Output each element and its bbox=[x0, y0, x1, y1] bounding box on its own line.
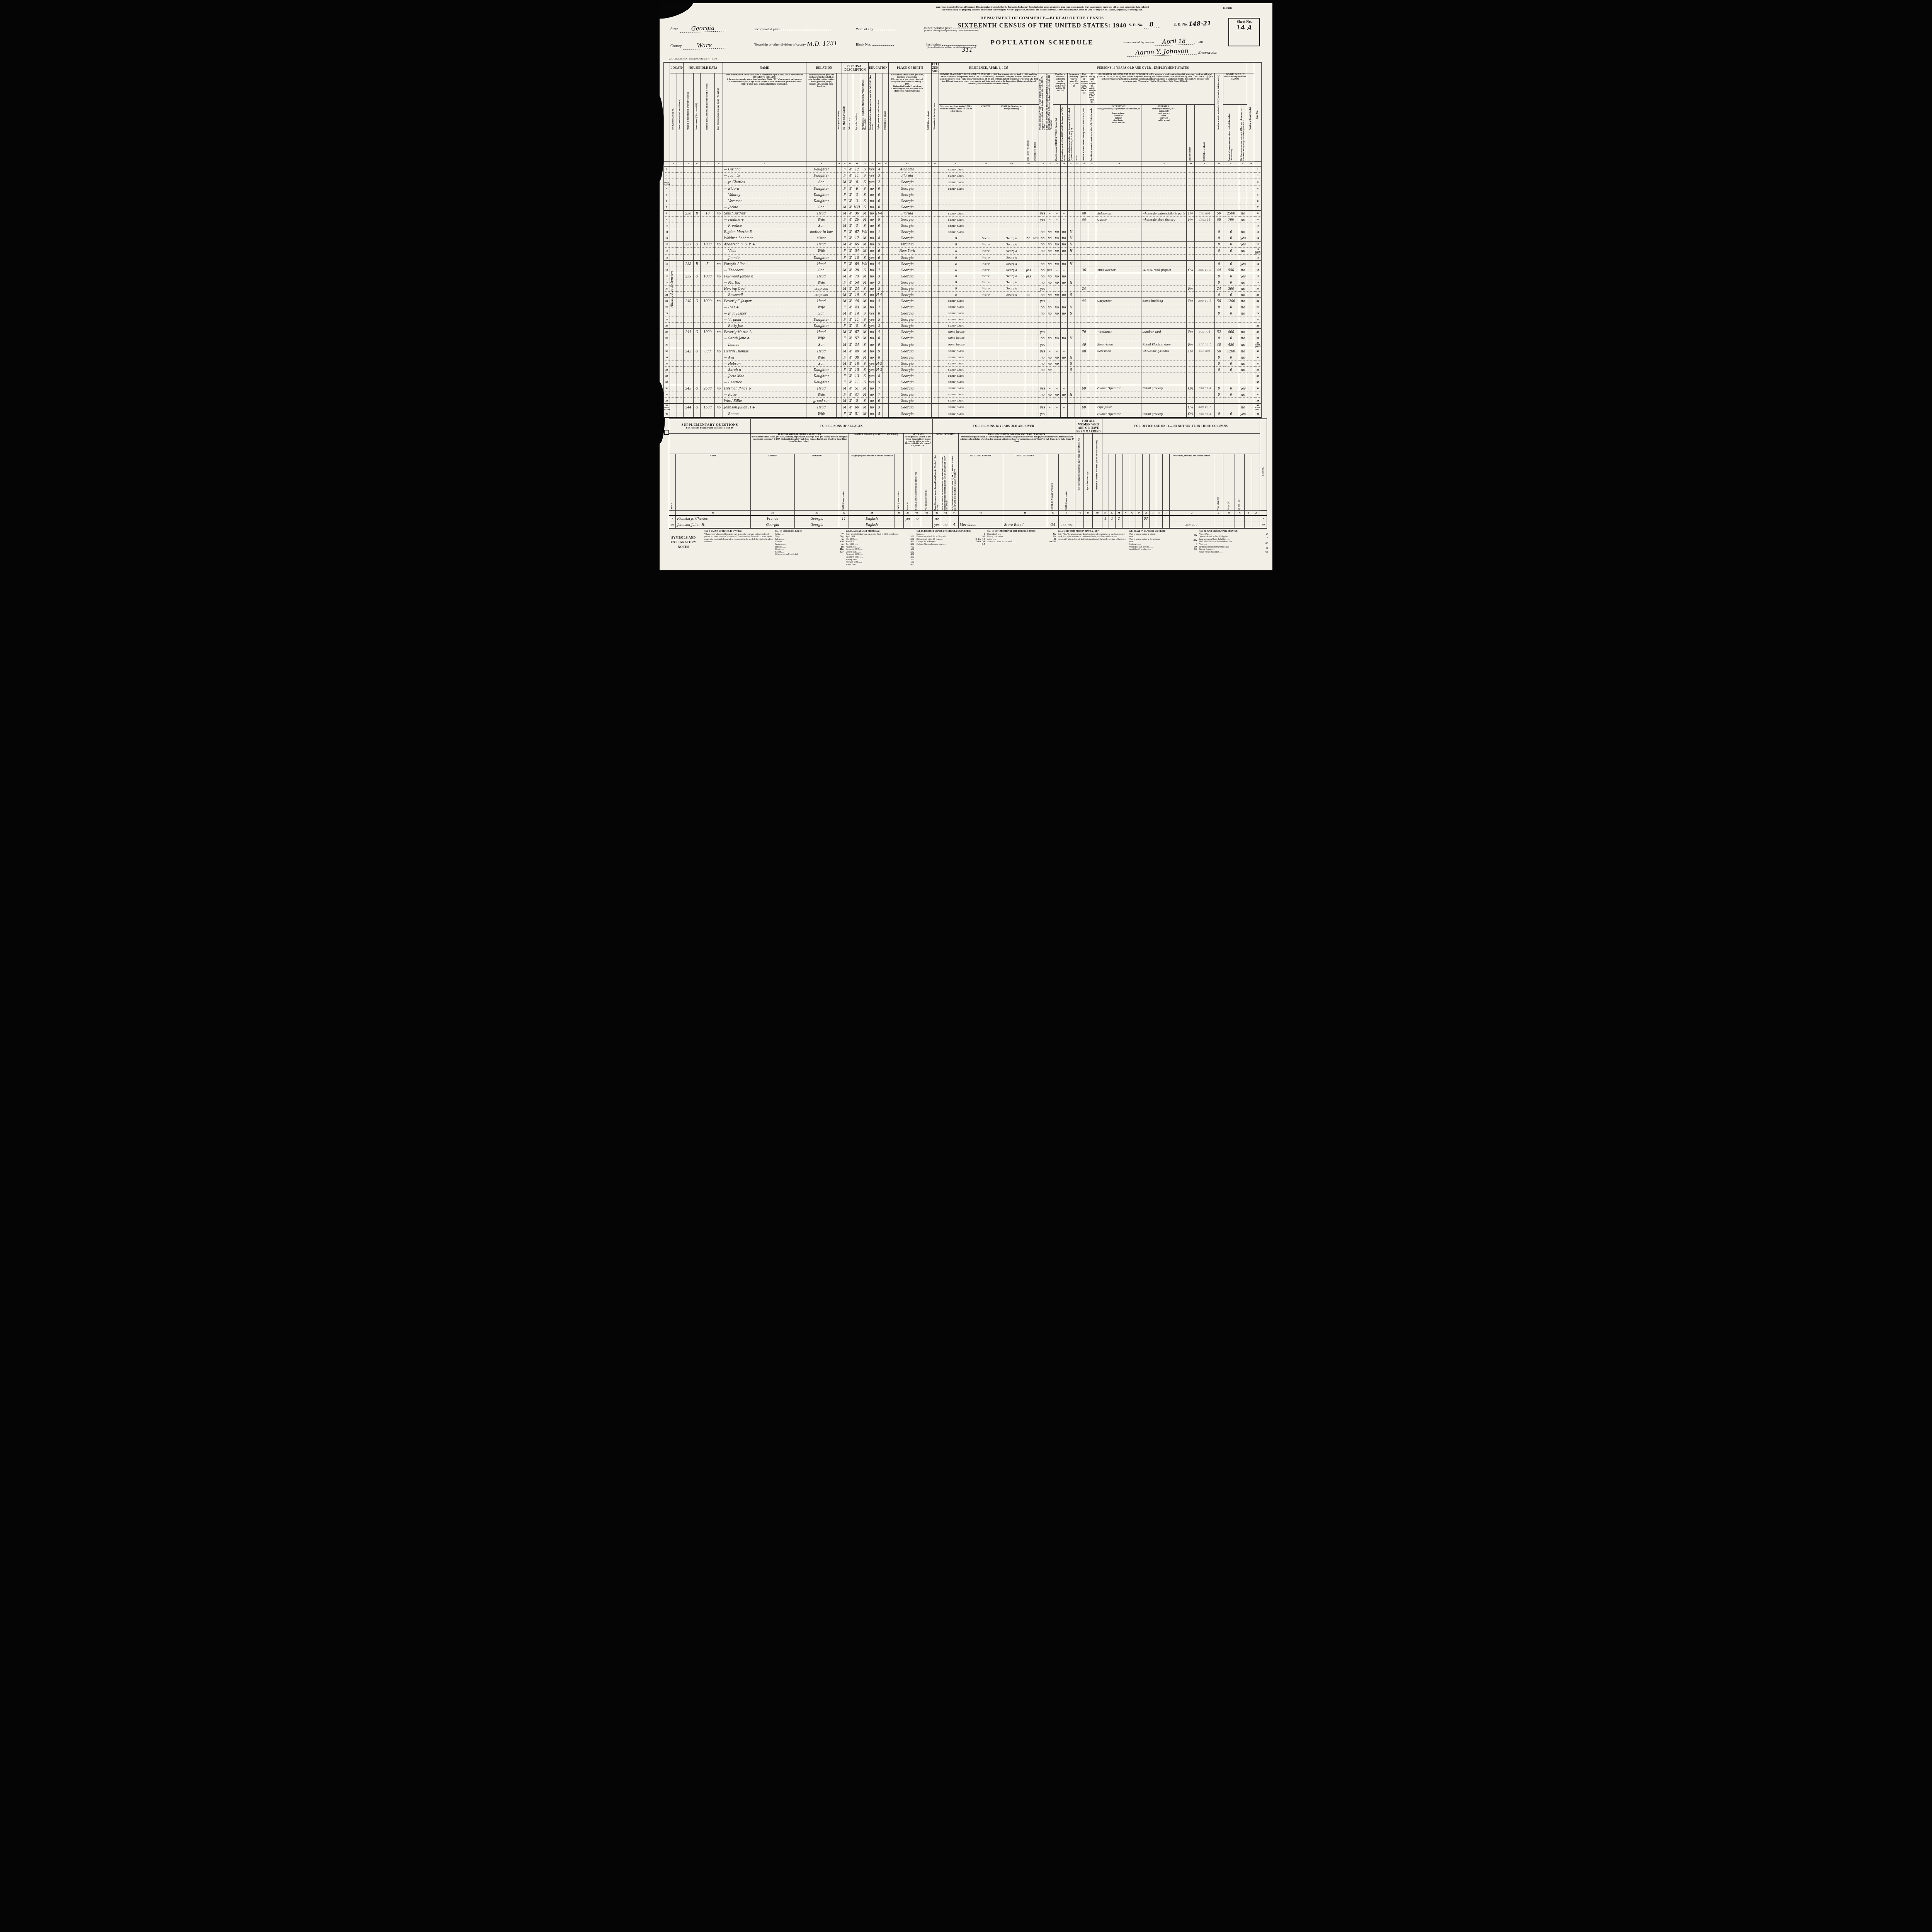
note-item-label: December 1939…… bbox=[846, 556, 880, 559]
note-item-code: 9/12 bbox=[880, 541, 915, 543]
enumerator-signature: Aaron Y. Johnson bbox=[1127, 47, 1197, 57]
cell-col15: Georgia bbox=[888, 235, 926, 241]
column-subnote: For persons answering "No" to quest. 21,… bbox=[1068, 73, 1080, 105]
cell-col16 bbox=[932, 185, 939, 192]
cell-col17: same place bbox=[939, 379, 974, 385]
note-item-code: W bbox=[810, 533, 844, 536]
note-item-code: W bbox=[1234, 533, 1268, 536]
note-item-code: 0 bbox=[951, 533, 985, 536]
line-number: 23 bbox=[1254, 304, 1262, 310]
person-row-36: 36243O2500noHilsman Pince ⊗HeadMW51Mno7G… bbox=[664, 385, 1262, 391]
cell-col24: no bbox=[1060, 261, 1067, 267]
cell-col11: 69 bbox=[853, 261, 861, 267]
cell-col33: no bbox=[1239, 286, 1247, 292]
cell-colC bbox=[926, 316, 932, 323]
line-number: 22 bbox=[664, 298, 670, 304]
cell-col5 bbox=[701, 354, 715, 361]
state-label: State bbox=[670, 27, 678, 31]
cell-col29 bbox=[1141, 367, 1186, 373]
column-number: 36 bbox=[750, 510, 795, 515]
cell-col7: — Viola bbox=[723, 247, 806, 254]
cell-col18 bbox=[974, 411, 998, 417]
township-field: Township or other division of county M.D… bbox=[754, 40, 847, 47]
cell-colC bbox=[926, 385, 932, 391]
cell-col23 bbox=[1053, 373, 1060, 379]
cell-col30 bbox=[1186, 316, 1195, 323]
column-number: 45 bbox=[959, 510, 1003, 515]
person-row-8: 8236R10noSmith ArthurHeadMW36MnoH-4Flori… bbox=[664, 210, 1262, 216]
cell-col2 bbox=[677, 292, 683, 298]
line-number: 21 bbox=[664, 292, 670, 298]
cell-col30 bbox=[1186, 335, 1195, 341]
cell-colC bbox=[926, 354, 932, 361]
cell-col5: 1000 bbox=[701, 298, 715, 304]
cell-colD bbox=[1032, 223, 1039, 229]
cell-col28 bbox=[1096, 361, 1141, 367]
cell-colU bbox=[1169, 515, 1214, 522]
cell-colA bbox=[837, 341, 842, 348]
cell-col12: M bbox=[861, 210, 868, 216]
line-number: 17 bbox=[1254, 267, 1262, 273]
cell-col16 bbox=[932, 341, 939, 348]
cell-col2 bbox=[677, 241, 683, 247]
cell-col30 bbox=[1186, 247, 1195, 254]
cell-col28 bbox=[1096, 166, 1141, 173]
cell-col6 bbox=[715, 185, 723, 192]
column-number: 6 bbox=[715, 161, 723, 166]
cell-colA bbox=[837, 335, 842, 341]
line-number: 19 bbox=[664, 279, 670, 286]
cell-col32: 0 bbox=[1223, 235, 1239, 241]
cell-col4 bbox=[693, 185, 700, 192]
cell-col30: Pw bbox=[1186, 216, 1195, 223]
cell-col13: no bbox=[868, 235, 875, 241]
cell-col22: no bbox=[1046, 279, 1053, 286]
cell-col34 bbox=[1247, 192, 1254, 198]
cell-col3 bbox=[683, 310, 693, 316]
cell-col13: no bbox=[868, 204, 875, 210]
line-number: 30 bbox=[664, 348, 670, 354]
cell-col34 bbox=[1247, 255, 1254, 261]
cell-col5 bbox=[701, 223, 715, 229]
cell-col13: yes bbox=[868, 323, 875, 329]
cell-colC bbox=[926, 179, 932, 185]
cell-col5 bbox=[701, 255, 715, 261]
cell-col31 bbox=[1215, 323, 1223, 329]
cell-col32 bbox=[1223, 398, 1239, 404]
line-number: 23 bbox=[664, 304, 670, 310]
cell-col2 bbox=[677, 216, 683, 223]
cell-col13: no bbox=[868, 223, 875, 229]
cell-col28: Owner Operator bbox=[1096, 385, 1141, 391]
cell-col27 bbox=[1088, 373, 1096, 379]
cell-colF bbox=[1195, 379, 1215, 385]
cell-col34 bbox=[1247, 273, 1254, 279]
cell-col18: Ware bbox=[974, 247, 998, 254]
cell-col14: 7 bbox=[876, 304, 883, 310]
cell-col28: Cutter bbox=[1096, 216, 1141, 223]
cell-col24: – bbox=[1060, 210, 1067, 216]
cell-col23: no bbox=[1053, 229, 1060, 235]
cell-col28: Carpenter bbox=[1096, 298, 1141, 304]
person-row-15: 15— JimmieDaughterFW10Syes6GeorgiaRWareG… bbox=[664, 255, 1262, 261]
line-number: 20 bbox=[664, 286, 670, 292]
cell-colA bbox=[837, 229, 842, 235]
person-row-29: 29— LonnieSonMW34Sno9Georgiasame houseye… bbox=[664, 341, 1262, 348]
cell-col20 bbox=[1025, 323, 1032, 329]
cell-colF bbox=[1195, 292, 1215, 298]
cell-colK bbox=[1102, 522, 1109, 528]
cell-col24: no bbox=[1060, 235, 1067, 241]
column-subnote: If at private or nonemergency Government… bbox=[1080, 73, 1088, 105]
cell-col1 bbox=[670, 329, 677, 335]
cell-col6: no bbox=[715, 273, 723, 279]
cell-colZ bbox=[1252, 515, 1260, 522]
cell-col15: Virginia bbox=[888, 241, 926, 247]
column-label: Color or race bbox=[847, 73, 853, 162]
person-row-34: 34— Jocie MaeDaughterFW13Syes8Georgiasam… bbox=[664, 373, 1262, 379]
note-item-label: Employer…… bbox=[1129, 543, 1163, 546]
cell-col20 bbox=[1025, 172, 1032, 179]
column-label: CODE (Leave blank) bbox=[1032, 104, 1039, 161]
cell-colO bbox=[1129, 522, 1136, 528]
column-subnote: OCCUPATION, INDUSTRY, AND CLASS OF WORKE… bbox=[1096, 73, 1215, 105]
cell-colC bbox=[926, 198, 932, 204]
cell-col30 bbox=[1186, 304, 1195, 310]
cell-col30 bbox=[1186, 255, 1195, 261]
cell-colD bbox=[1032, 373, 1039, 379]
cell-col31: 0 bbox=[1215, 235, 1223, 241]
cell-col3: 239 bbox=[683, 273, 693, 279]
cell-col25 bbox=[1068, 341, 1075, 348]
cell-col11: 51 bbox=[853, 385, 861, 391]
cell-col25 bbox=[1068, 179, 1075, 185]
column-label: On a farm? (Yes or No) bbox=[1025, 104, 1032, 161]
cell-col26 bbox=[1080, 304, 1088, 310]
cell-col10: W bbox=[847, 310, 853, 316]
cell-colB bbox=[883, 247, 888, 254]
cell-col24: – bbox=[1060, 329, 1067, 335]
cell-col25 bbox=[1068, 216, 1075, 223]
cell-col6 bbox=[715, 229, 723, 235]
cell-colF bbox=[1195, 273, 1215, 279]
cell-col26 bbox=[1080, 323, 1088, 329]
cell-col32: 450 bbox=[1223, 341, 1239, 348]
note-item-code: E bbox=[1163, 543, 1197, 546]
cell-col26: 24 bbox=[1080, 286, 1088, 292]
column-group: Line No. bbox=[1254, 62, 1262, 161]
cell-colD bbox=[1032, 273, 1039, 279]
cell-col1 bbox=[670, 198, 677, 204]
cell-col32 bbox=[1223, 255, 1239, 261]
cell-colD bbox=[1032, 185, 1039, 192]
cell-colC bbox=[926, 348, 932, 354]
cell-col25: S bbox=[1068, 292, 1075, 298]
cell-col19 bbox=[998, 398, 1025, 404]
cell-col21: no bbox=[1039, 361, 1046, 367]
cell-col30 bbox=[1186, 373, 1195, 379]
cell-col2 bbox=[677, 341, 683, 348]
cell-col34 bbox=[1247, 204, 1254, 210]
cell-col12: M bbox=[861, 279, 868, 286]
cell-col29 bbox=[1141, 286, 1186, 292]
cell-colF bbox=[1195, 166, 1215, 173]
cell-col46 bbox=[1003, 515, 1047, 522]
note-item-label: World War…… bbox=[1199, 533, 1234, 536]
person-row-16: 16238R5noForsyth Alice +HeadFW69Wdno4Geo… bbox=[664, 261, 1262, 267]
cell-col22 bbox=[1046, 223, 1053, 229]
cell-col1 bbox=[670, 316, 677, 323]
cell-col9: F bbox=[842, 185, 847, 192]
cell-col23 bbox=[1053, 179, 1060, 185]
cell-col24 bbox=[1060, 166, 1067, 173]
cell-col16 bbox=[932, 404, 939, 411]
cell-col18: Ware bbox=[974, 286, 998, 292]
cell-col2 bbox=[677, 335, 683, 341]
cell-col14: 6 bbox=[876, 247, 883, 254]
cell-col30 bbox=[1186, 354, 1195, 361]
cell-colI: 156 794 bbox=[1059, 522, 1075, 528]
cell-col10: W bbox=[847, 279, 853, 286]
line-number: 11 bbox=[664, 229, 670, 235]
cell-col10: W bbox=[847, 179, 853, 185]
cell-col27 bbox=[1088, 354, 1096, 361]
cell-col37: Georgia bbox=[795, 522, 839, 528]
cell-col7: Herring Opel bbox=[723, 286, 806, 292]
cell-col21: no bbox=[1039, 279, 1046, 286]
cell-col6 bbox=[715, 373, 723, 379]
column-number: M bbox=[1116, 510, 1122, 515]
cell-col10: W bbox=[847, 204, 853, 210]
note-item-code: In bbox=[810, 538, 844, 541]
cell-col4 bbox=[693, 204, 700, 210]
cell-col31: 0 bbox=[1215, 292, 1223, 298]
cell-col29 bbox=[1141, 172, 1186, 179]
cell-colD bbox=[1032, 247, 1039, 254]
cell-col17: same place bbox=[939, 166, 974, 173]
cell-col5 bbox=[701, 323, 715, 329]
cell-colE bbox=[1075, 229, 1080, 235]
cell-col2 bbox=[677, 273, 683, 279]
cell-colT bbox=[1163, 522, 1169, 528]
cell-col34 bbox=[1247, 316, 1254, 323]
cell-col4 bbox=[693, 361, 700, 367]
column-number: 47 bbox=[1047, 510, 1059, 515]
column-label: MOTHER bbox=[795, 454, 839, 510]
cell-col7: Anderson S. S. P. + bbox=[723, 241, 806, 247]
cell-col30: OA bbox=[1186, 385, 1195, 391]
cell-col13: no bbox=[868, 261, 875, 267]
person-row-30: 30242O800noHerrin ThomasHeadMW40Mno9Geor… bbox=[664, 348, 1262, 354]
column-label: Age at first marriage bbox=[1084, 433, 1092, 510]
cell-col6 bbox=[715, 304, 723, 310]
note-intro: Enter age of children born on or after A… bbox=[846, 533, 914, 536]
note-item-code: 10/12 bbox=[880, 538, 915, 541]
cell-col1 bbox=[670, 335, 677, 341]
cell-col3 bbox=[683, 279, 693, 286]
cell-col12: M bbox=[861, 304, 868, 310]
institution-note: (Name of institution and lines on which … bbox=[911, 46, 992, 49]
cell-col7: — Jocie Mae bbox=[723, 373, 806, 379]
cell-col1 bbox=[670, 166, 677, 173]
cell-col9: F bbox=[842, 316, 847, 323]
column-label: If not, was he at work on, or assigned t… bbox=[1046, 73, 1053, 162]
cell-col16 bbox=[932, 210, 939, 216]
cell-col24: – bbox=[1060, 298, 1067, 304]
enumerator-signature-field: Aaron Y. Johnson Enumerator. bbox=[1127, 48, 1218, 56]
cell-col19 bbox=[998, 166, 1025, 173]
note-item-label: Working on own account…… bbox=[1129, 546, 1163, 549]
cell-colD bbox=[1032, 354, 1039, 361]
cell-col26 bbox=[1080, 273, 1088, 279]
cell-col26 bbox=[1080, 179, 1088, 185]
person-row-6: 6— VeramaeDaughterFW3Sno0Georgia6 bbox=[664, 198, 1262, 204]
cell-col18: Ware bbox=[974, 273, 998, 279]
note-heading: Col. 14. HIGHEST GRADE OF SCHOOL COMPLET… bbox=[917, 530, 985, 533]
cell-col41 bbox=[921, 515, 932, 522]
person-row-21: 21— Rosewellstep sonMW19SnoH-4GeorgiaRWa… bbox=[664, 292, 1262, 298]
cell-col22: no bbox=[1046, 261, 1053, 267]
cell-col25 bbox=[1068, 223, 1075, 229]
cell-col15: Georgia bbox=[888, 391, 926, 398]
note-item-code: C-5 bbox=[951, 543, 985, 546]
cell-col4 bbox=[693, 192, 700, 198]
cell-col13: no bbox=[868, 391, 875, 398]
cell-colC bbox=[926, 292, 932, 298]
cell-col30 bbox=[1186, 323, 1195, 329]
cell-col20: no bbox=[1025, 292, 1032, 298]
cell-col5 bbox=[701, 367, 715, 373]
cell-col34 bbox=[1247, 411, 1254, 417]
cell-col24: no bbox=[1060, 391, 1067, 398]
cell-colA bbox=[837, 279, 842, 286]
cell-colC bbox=[926, 398, 932, 404]
cell-col2 bbox=[677, 166, 683, 173]
column-number: L bbox=[1109, 510, 1115, 515]
cell-col13: no bbox=[868, 247, 875, 254]
cell-col15: Georgia bbox=[888, 373, 926, 379]
cell-col13: no bbox=[868, 286, 875, 292]
cell-col2 bbox=[677, 323, 683, 329]
cell-col11: 47 bbox=[853, 391, 861, 398]
cell-colF bbox=[1195, 316, 1215, 323]
line-number: 8 bbox=[664, 210, 670, 216]
note-item-label: March 1940…… bbox=[846, 564, 880, 566]
cell-col20 bbox=[1025, 210, 1032, 216]
cell-col34 bbox=[1247, 279, 1254, 286]
cell-col32: 700 bbox=[1223, 216, 1239, 223]
cell-col17: same house bbox=[939, 329, 974, 335]
cell-col6 bbox=[715, 223, 723, 229]
column-subnote: VETERANS Is this person a veteran of the… bbox=[903, 433, 932, 454]
cell-col7: — Virginia bbox=[723, 316, 806, 323]
cell-col30 bbox=[1186, 279, 1195, 286]
cell-col7: Hilsman Pince ⊗ bbox=[723, 385, 806, 391]
line-number: 26 bbox=[1254, 323, 1262, 329]
cell-col16 bbox=[932, 172, 939, 179]
cell-colE bbox=[1075, 273, 1080, 279]
cell-colA bbox=[837, 404, 842, 411]
cell-col17: R bbox=[939, 279, 974, 286]
cell-col9: M bbox=[842, 348, 847, 354]
column-label: Language spoken in home in earliest chil… bbox=[849, 454, 895, 510]
cell-col33: yes bbox=[1239, 261, 1247, 267]
cell-col31: 50 bbox=[1215, 298, 1223, 304]
unincorporated-note: (Name of unincorporated place having 100… bbox=[911, 30, 992, 32]
cell-col8: Son bbox=[806, 341, 837, 348]
cell-colL bbox=[1109, 522, 1115, 528]
cell-col12: S bbox=[861, 166, 868, 173]
cell-col3 bbox=[683, 411, 693, 417]
cell-col25: H bbox=[1068, 391, 1075, 398]
cell-colA bbox=[837, 166, 842, 173]
cell-colD bbox=[1032, 210, 1039, 216]
cell-col12: Wd bbox=[861, 229, 868, 235]
cell-col20 bbox=[1025, 198, 1032, 204]
cell-col33: no bbox=[1239, 279, 1247, 286]
cell-colB bbox=[883, 267, 888, 273]
cell-col26 bbox=[1080, 411, 1088, 417]
cell-col29 bbox=[1141, 204, 1186, 210]
cell-col30 bbox=[1186, 172, 1195, 179]
cell-col8: Son bbox=[806, 361, 837, 367]
cell-colB bbox=[883, 216, 888, 223]
cell-col20 bbox=[1025, 286, 1032, 292]
cell-colD bbox=[1032, 316, 1039, 323]
cell-col22: – bbox=[1046, 341, 1053, 348]
person-row-5: 5— ValarayDaughterFW3Sno0Georgia5 bbox=[664, 192, 1262, 198]
column-number: 24 bbox=[1060, 161, 1067, 166]
cell-col24: no bbox=[1060, 229, 1067, 235]
cell-col36: Georgia bbox=[750, 522, 795, 528]
cell-col8: Wife bbox=[806, 247, 837, 254]
column-subnote: MOTHER TONGUE (OR NATIVE LANGUAGE) bbox=[849, 433, 903, 454]
note-item-label: Both World War and Spanish-American War…… bbox=[1199, 541, 1234, 546]
cell-col10: W bbox=[847, 198, 853, 204]
explanatory-notes: SYMBOLS AND EXPLANATORY NOTES Col. 5. VA… bbox=[663, 530, 1269, 566]
cell-col27 bbox=[1088, 235, 1096, 241]
cell-col7: — Renna bbox=[723, 411, 806, 417]
cell-col29 bbox=[1141, 241, 1186, 247]
cell-colE bbox=[1075, 172, 1080, 179]
cell-col25 bbox=[1068, 411, 1075, 417]
cell-colE bbox=[1075, 367, 1080, 373]
cell-col32 bbox=[1223, 323, 1239, 329]
cell-col15: Georgia bbox=[888, 341, 926, 348]
column-number: P bbox=[1136, 510, 1142, 515]
cell-col19: Georgia bbox=[998, 286, 1025, 292]
line-number: 15 bbox=[664, 255, 670, 261]
cell-col15: Georgia bbox=[888, 304, 926, 310]
cell-colB bbox=[883, 273, 888, 279]
cell-col19: Georgia bbox=[998, 241, 1025, 247]
person-row-32: 32— HobsonSonMW18SyesH-3Georgiasame plac… bbox=[664, 361, 1262, 367]
cell-col18 bbox=[974, 223, 998, 229]
line-number: 3 bbox=[1254, 179, 1262, 185]
line-number: 24 bbox=[664, 310, 670, 316]
cell-col25 bbox=[1068, 316, 1075, 323]
column-label: USUAL INDUSTRY bbox=[1003, 454, 1047, 510]
cell-col6 bbox=[715, 279, 723, 286]
cell-col33: no bbox=[1239, 298, 1247, 304]
cell-col27 bbox=[1088, 310, 1096, 316]
cell-col9: F bbox=[842, 411, 847, 417]
cell-col9: F bbox=[842, 279, 847, 286]
cell-colE bbox=[1075, 361, 1080, 367]
column-number: 17 bbox=[939, 161, 974, 166]
cell-colE bbox=[1075, 192, 1080, 198]
cell-colC bbox=[926, 210, 932, 216]
